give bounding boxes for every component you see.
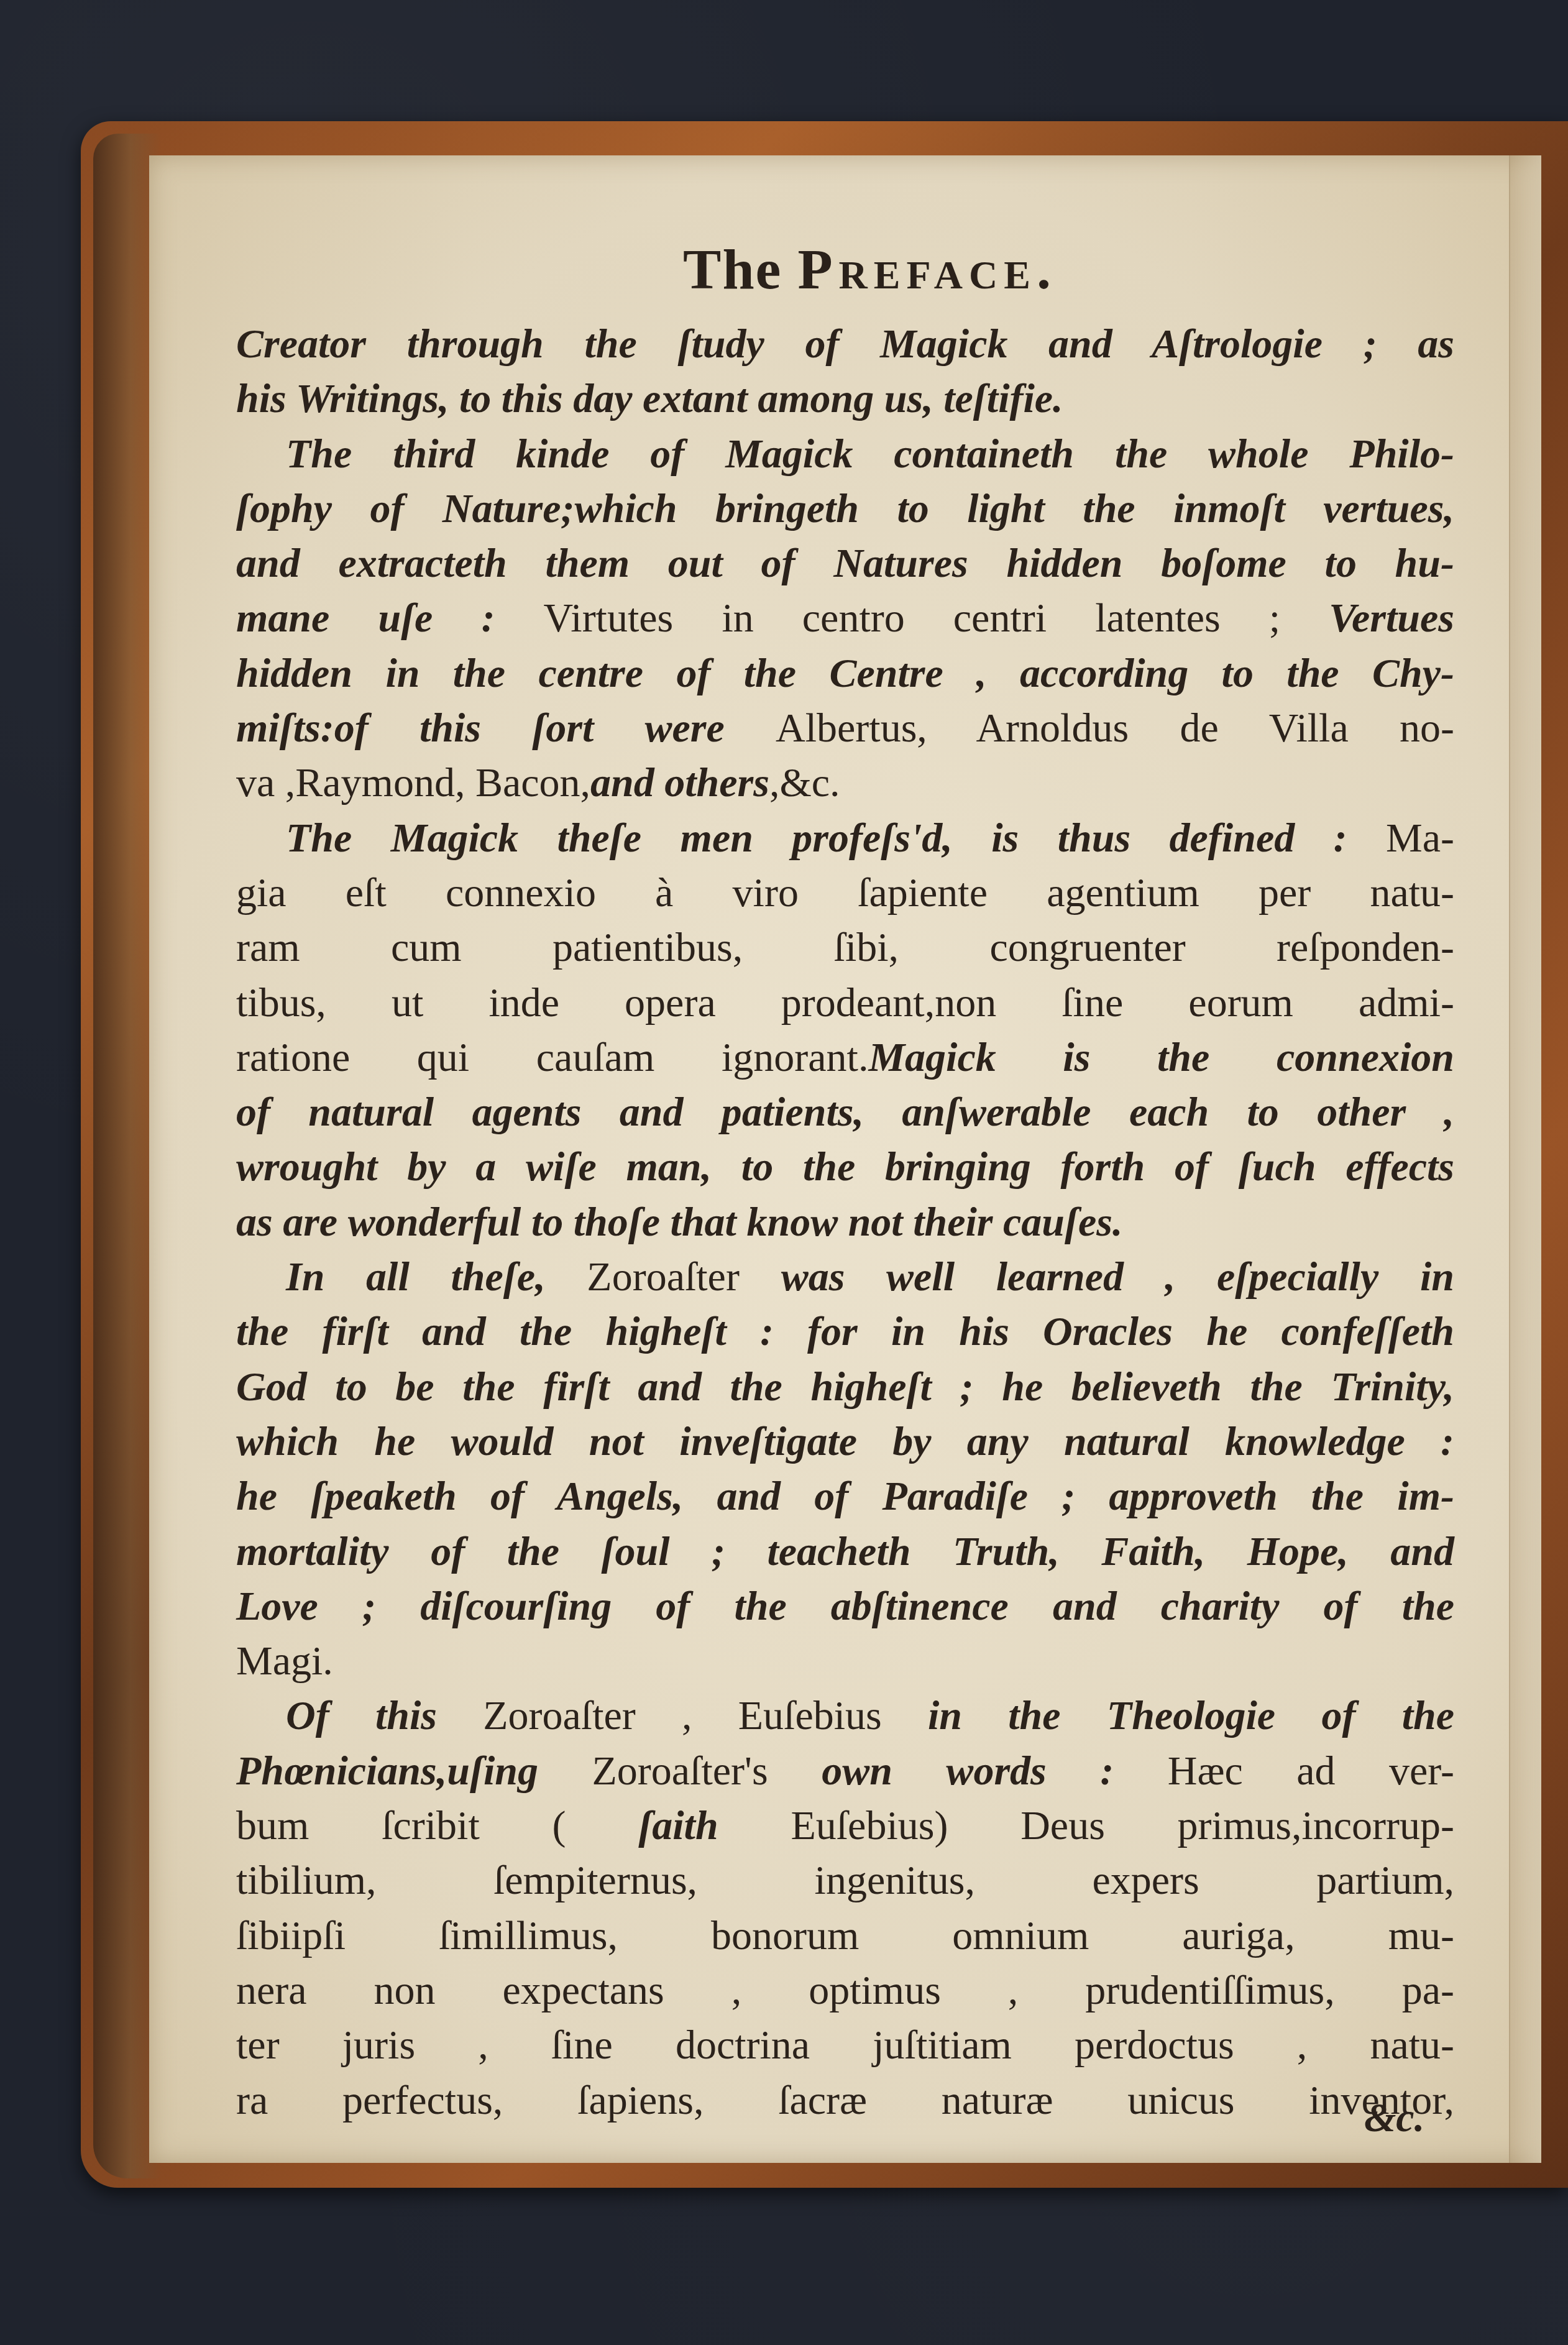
italic-text: The third kinde of Magick containeth the… [286, 431, 1454, 477]
text-line: nera non expectans , optimus , prudentiſ… [236, 1963, 1454, 2018]
italic-text: as are wonderful to thoſe that know not … [236, 1200, 1123, 1245]
text-line: In all theſe, Zoroaſter was well learned… [236, 1250, 1454, 1305]
italic-text: his Writings, to this day extant among u… [236, 376, 1063, 421]
text-line: God to be the firſt and the higheſt ; he… [236, 1360, 1454, 1415]
text-line: The Magick theſe men profeſs'd, is thus … [236, 811, 1454, 866]
running-head-preface: Preface. [797, 237, 1057, 301]
italic-text: mortality of the ſoul ; teacheth Truth, … [236, 1529, 1454, 1574]
text-line: which he would not inveſtigate by any na… [236, 1415, 1454, 1469]
roman-text: Virtutes in centro centri latentes ; [544, 595, 1329, 641]
text-line: tibilium, ſempiternus, ingenitus, expers… [236, 1853, 1454, 1908]
roman-text: Zoroaſter [587, 1254, 781, 1300]
text-line: hidden in the centre of the Centre , acc… [236, 646, 1454, 701]
italic-text: he ſpeaketh of Angels, and of Paradiſe ;… [236, 1474, 1454, 1519]
italic-text: wrought by a wiſe man, to the bringing f… [236, 1144, 1454, 1190]
roman-text: gia eſt connexio à viro ſapiente agentiu… [236, 870, 1454, 916]
italic-text: Love ; diſcourſing of the abſtinence and… [236, 1584, 1454, 1629]
text-line: Of this Zoroaſter , Euſebius in the Theo… [236, 1689, 1454, 1743]
text-line: va ,Raymond, Bacon,and others,&c. [236, 756, 1454, 810]
roman-text: Magi. [236, 1638, 333, 1684]
text-line: mortality of the ſoul ; teacheth Truth, … [236, 1525, 1454, 1579]
italic-text: ſaith [638, 1803, 791, 1848]
italic-text: hidden in the centre of the Centre , acc… [236, 651, 1454, 696]
text-line: his Writings, to this day extant among u… [236, 372, 1454, 426]
roman-text: ra perfectus, ſapiens, ſacræ naturæ unic… [236, 2078, 1454, 2123]
italic-text: ſophy of Nature;which bringeth to light … [236, 486, 1454, 531]
italic-text: in the Theologie of the [928, 1693, 1454, 1738]
italic-text: Vertues [1329, 595, 1454, 641]
roman-text: bum ſcribit ( [236, 1803, 638, 1848]
text-line: the firſt and the higheſt : for in his O… [236, 1305, 1454, 1359]
italic-text: and others [590, 760, 769, 805]
text-line: he ſpeaketh of Angels, and of Paradiſe ;… [236, 1469, 1454, 1524]
text-line: as are wonderful to thoſe that know not … [236, 1195, 1454, 1250]
italic-text: The Magick theſe men profeſs'd, is thus … [286, 815, 1386, 861]
roman-text: Zoroaſter's [592, 1748, 822, 1794]
roman-text: Hæc ad ver- [1168, 1748, 1454, 1794]
running-head: The Preface. [174, 236, 1566, 302]
roman-text: Euſebius) Deus primus,incorrup- [791, 1803, 1454, 1848]
italic-text: God to be the firſt and the higheſt ; he… [236, 1364, 1454, 1410]
italic-text: and extracteth them out of Natures hidde… [236, 541, 1454, 586]
text-line: and extracteth them out of Natures hidde… [236, 536, 1454, 591]
italic-text: the firſt and the higheſt : for in his O… [236, 1309, 1454, 1354]
body-text: Creator through the ſtudy of Magick and … [236, 317, 1454, 2128]
italic-text: Magick is the connexion [868, 1035, 1454, 1080]
roman-text: ratione qui cauſam ignorant. [236, 1035, 868, 1080]
italic-text: Phœnicians,uſing [236, 1748, 592, 1794]
roman-text: ter juris , ſine doctrina juſtitiam perd… [236, 2022, 1454, 2068]
roman-text: va ,Raymond, Bacon, [236, 760, 590, 805]
text-line: of natural agents and patients, anſwerab… [236, 1085, 1454, 1140]
italic-text: miſts:of this ſort were [236, 705, 776, 751]
text-line: mane uſe : Virtutes in centro centri lat… [236, 591, 1454, 646]
text-line: Magi. [236, 1634, 1454, 1689]
catchword: &c. [1364, 2095, 1424, 2142]
text-line: Creator through the ſtudy of Magick and … [236, 317, 1454, 372]
roman-text: Ma- [1386, 815, 1454, 861]
italic-text: own words : [822, 1748, 1168, 1794]
text-line: Love ; diſcourſing of the abſtinence and… [236, 1579, 1454, 1634]
italic-text: mane uſe : [236, 595, 544, 641]
roman-text: Zoroaſter , Euſebius [483, 1693, 928, 1738]
roman-text: nera non expectans , optimus , prudentiſ… [236, 1968, 1454, 2013]
italic-text: Creator through the ſtudy of Magick and … [236, 321, 1454, 367]
text-line: Phœnicians,uſing Zoroaſter's own words :… [236, 1744, 1454, 1799]
italic-text: In all theſe, [286, 1254, 587, 1300]
roman-text: ſibiipſi ſimillimus, bonorum omnium auri… [236, 1913, 1454, 1958]
text-line: wrought by a wiſe man, to the bringing f… [236, 1140, 1454, 1195]
italic-text: which he would not inveſtigate by any na… [236, 1419, 1454, 1464]
text-line: ra perfectus, ſapiens, ſacræ naturæ unic… [236, 2073, 1454, 2128]
page-gutter [1509, 155, 1541, 2163]
roman-text: Albertus, Arnoldus de Villa no- [776, 705, 1454, 751]
roman-text: tibilium, ſempiternus, ingenitus, expers… [236, 1858, 1454, 1903]
italic-text: Of this [286, 1693, 483, 1738]
text-line: ſibiipſi ſimillimus, bonorum omnium auri… [236, 1909, 1454, 1963]
text-line: gia eſt connexio à viro ſapiente agentiu… [236, 866, 1454, 920]
italic-text: of natural agents and patients, anſwerab… [236, 1090, 1454, 1135]
text-line: bum ſcribit ( ſaith Euſebius) Deus primu… [236, 1799, 1454, 1853]
italic-text: was well learned , eſpecially in [781, 1254, 1454, 1300]
running-head-the: The [683, 237, 782, 301]
text-line: ter juris , ſine doctrina juſtitiam perd… [236, 2018, 1454, 2073]
text-line: ſophy of Nature;which bringeth to light … [236, 482, 1454, 536]
text-line: ram cum patientibus, ſibi, congruenter r… [236, 920, 1454, 975]
roman-text: tibus, ut inde opera prodeant,non ſine e… [236, 980, 1454, 1026]
text-line: tibus, ut inde opera prodeant,non ſine e… [236, 976, 1454, 1030]
text-line: ratione qui cauſam ignorant.Magick is th… [236, 1030, 1454, 1085]
roman-text: ram cum patientibus, ſibi, congruenter r… [236, 925, 1454, 970]
roman-text: ,&c. [769, 760, 840, 805]
text-line: The third kinde of Magick containeth the… [236, 427, 1454, 482]
text-line: miſts:of this ſort were Albertus, Arnold… [236, 701, 1454, 756]
